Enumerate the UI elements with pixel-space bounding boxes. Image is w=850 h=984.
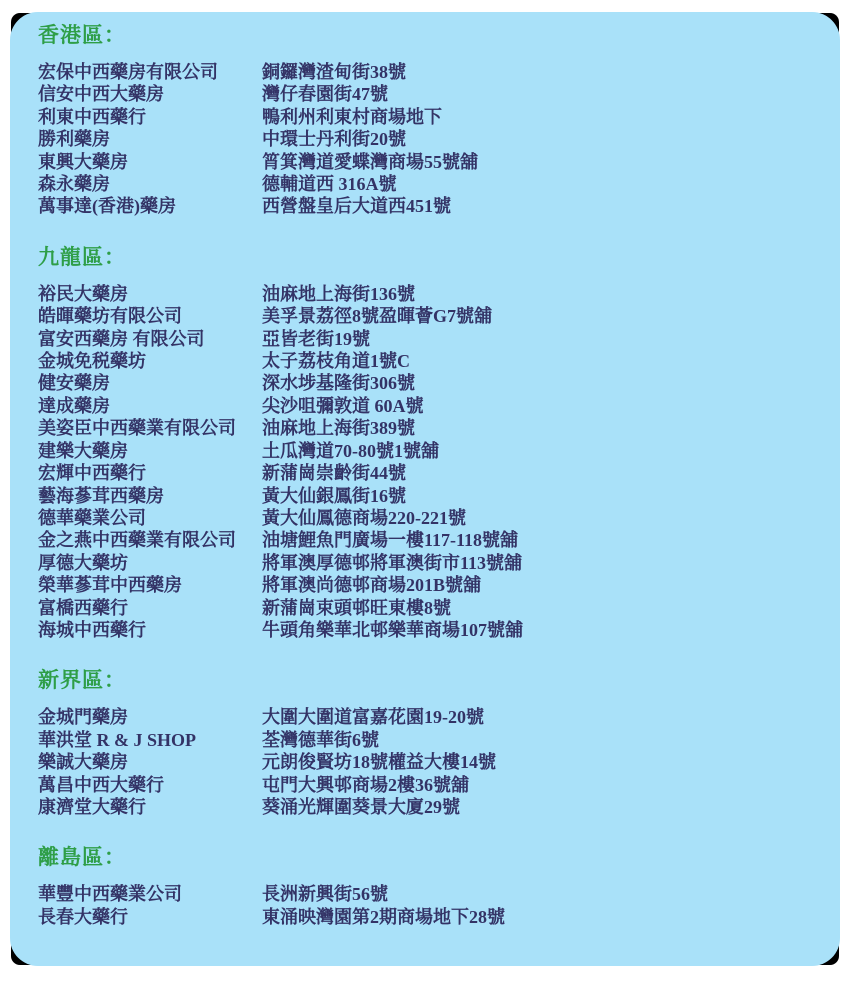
pharmacy-name: 裕民大藥房 (38, 283, 262, 305)
pharmacy-name: 藝海蔘茸西藥房 (38, 485, 262, 507)
pharmacy-address: 土瓜灣道70-80號1號舖 (262, 440, 820, 462)
pharmacy-address: 荃灣德華街6號 (262, 729, 820, 751)
pharmacy-name: 康濟堂大藥行 (38, 796, 262, 818)
pharmacy-address: 葵涌光輝圍葵景大廈29號 (262, 796, 820, 818)
pharmacy-row: 富安西藥房 有限公司 亞皆老街19號 (38, 328, 820, 350)
pharmacy-address: 屯門大興邨商場2樓36號舖 (262, 774, 820, 796)
pharmacy-address: 西營盤皇后大道西451號 (262, 195, 820, 217)
pharmacy-row: 康濟堂大藥行 葵涌光輝圍葵景大廈29號 (38, 796, 820, 818)
pharmacy-address: 鴨利州利東村商場地下 (262, 106, 820, 128)
pharmacy-name: 利東中西藥行 (38, 106, 262, 128)
region-section-hong-kong: 香港區： 宏保中西藥房有限公司 銅鑼灣渣甸街38號 信安中西大藥房 灣仔春園街4… (38, 22, 820, 218)
pharmacy-address: 銅鑼灣渣甸街38號 (262, 61, 820, 83)
pharmacy-row: 信安中西大藥房 灣仔春園街47號 (38, 83, 820, 105)
pharmacy-row: 達成藥房 尖沙咀彌敦道 60A號 (38, 395, 820, 417)
pharmacy-row: 宏輝中西藥行 新蒲崗崇齡街44號 (38, 462, 820, 484)
pharmacy-address: 新蒲崗崇齡街44號 (262, 462, 820, 484)
pharmacy-row: 勝利藥房 中環士丹利街20號 (38, 128, 820, 150)
pharmacy-row: 萬昌中西大藥行 屯門大興邨商場2樓36號舖 (38, 774, 820, 796)
pharmacy-row: 金城門藥房 大圍大圍道富嘉花園19-20號 (38, 706, 820, 728)
pharmacy-address: 灣仔春園街47號 (262, 83, 820, 105)
pharmacy-row: 富橋西藥行 新蒲崗束頭邨旺東樓8號 (38, 597, 820, 619)
pharmacy-name: 金城門藥房 (38, 706, 262, 728)
pharmacy-name: 宏輝中西藥行 (38, 462, 262, 484)
pharmacy-address: 油麻地上海街389號 (262, 417, 820, 439)
pharmacy-name: 富安西藥房 有限公司 (38, 328, 262, 350)
pharmacy-name: 厚德大藥坊 (38, 552, 262, 574)
pharmacy-row: 華洪堂 R & J SHOP 荃灣德華街6號 (38, 729, 820, 751)
pharmacy-name: 信安中西大藥房 (38, 83, 262, 105)
pharmacy-address: 大圍大圍道富嘉花園19-20號 (262, 706, 820, 728)
pharmacy-list-panel: 香港區： 宏保中西藥房有限公司 銅鑼灣渣甸街38號 信安中西大藥房 灣仔春園街4… (10, 12, 840, 966)
pharmacy-address: 亞皆老街19號 (262, 328, 820, 350)
region-section-new-territories: 新界區： 金城門藥房 大圍大圍道富嘉花園19-20號 華洪堂 R & J SHO… (38, 667, 820, 818)
pharmacy-address: 牛頭角樂華北邨樂華商場107號舖 (262, 619, 820, 641)
pharmacy-name: 德華藥業公司 (38, 507, 262, 529)
pharmacy-name: 長春大藥行 (38, 906, 262, 928)
region-heading-new-territories: 新界區： (38, 667, 820, 693)
pharmacy-row: 裕民大藥房 油麻地上海街136號 (38, 283, 820, 305)
pharmacy-address: 將軍澳尚德邨商場201B號舖 (262, 574, 820, 596)
pharmacy-row: 東興大藥房 筲箕灣道愛蝶灣商場55號舖 (38, 151, 820, 173)
pharmacy-name: 達成藥房 (38, 395, 262, 417)
pharmacy-name: 建樂大藥房 (38, 440, 262, 462)
pharmacy-name: 海城中西藥行 (38, 619, 262, 641)
pharmacy-address: 中環士丹利街20號 (262, 128, 820, 150)
pharmacy-name: 富橋西藥行 (38, 597, 262, 619)
pharmacy-row: 長春大藥行 東涌映灣園第2期商場地下28號 (38, 906, 820, 928)
pharmacy-name: 樂誠大藥房 (38, 751, 262, 773)
pharmacy-address: 太子荔枝角道1號C (262, 350, 820, 372)
pharmacy-name: 皓暉藥坊有限公司 (38, 305, 262, 327)
pharmacy-address: 德輔道西 316A號 (262, 173, 820, 195)
pharmacy-row: 健安藥房 深水埗基隆街306號 (38, 372, 820, 394)
pharmacy-row: 厚德大藥坊 將軍澳厚德邨將軍澳街市113號舖 (38, 552, 820, 574)
pharmacy-name: 金城免税藥坊 (38, 350, 262, 372)
pharmacy-address: 油麻地上海街136號 (262, 283, 820, 305)
pharmacy-name: 金之燕中西藥業有限公司 (38, 529, 262, 551)
pharmacy-row: 榮華蔘茸中西藥房 將軍澳尚德邨商場201B號舖 (38, 574, 820, 596)
pharmacy-address: 將軍澳厚德邨將軍澳街市113號舖 (262, 552, 820, 574)
pharmacy-row: 海城中西藥行 牛頭角樂華北邨樂華商場107號舖 (38, 619, 820, 641)
pharmacy-address: 油塘鯉魚門廣場一樓117-118號舖 (262, 529, 820, 551)
pharmacy-name: 宏保中西藥房有限公司 (38, 61, 262, 83)
pharmacy-row: 萬事達(香港)藥房 西營盤皇后大道西451號 (38, 195, 820, 217)
region-heading-outlying-islands: 離島區： (38, 844, 820, 870)
region-section-kowloon: 九龍區： 裕民大藥房 油麻地上海街136號 皓暉藥坊有限公司 美孚景荔徑8號盈暉… (38, 244, 820, 642)
pharmacy-name: 萬昌中西大藥行 (38, 774, 262, 796)
pharmacy-address: 元朗俊賢坊18號權益大樓14號 (262, 751, 820, 773)
pharmacy-row: 華豐中西藥業公司 長洲新興街56號 (38, 883, 820, 905)
pharmacy-address: 深水埗基隆街306號 (262, 372, 820, 394)
pharmacy-row: 藝海蔘茸西藥房 黃大仙銀鳳街16號 (38, 485, 820, 507)
pharmacy-row: 宏保中西藥房有限公司 銅鑼灣渣甸街38號 (38, 61, 820, 83)
pharmacy-address: 長洲新興街56號 (262, 883, 820, 905)
pharmacy-name: 健安藥房 (38, 372, 262, 394)
pharmacy-name: 華豐中西藥業公司 (38, 883, 262, 905)
pharmacy-name: 美姿臣中西藥業有限公司 (38, 417, 262, 439)
region-heading-kowloon: 九龍區： (38, 244, 820, 270)
pharmacy-address: 新蒲崗束頭邨旺東樓8號 (262, 597, 820, 619)
pharmacy-address: 尖沙咀彌敦道 60A號 (262, 395, 820, 417)
pharmacy-row: 金之燕中西藥業有限公司 油塘鯉魚門廣場一樓117-118號舖 (38, 529, 820, 551)
pharmacy-name: 萬事達(香港)藥房 (38, 195, 262, 217)
pharmacy-address: 美孚景荔徑8號盈暉薈G7號舖 (262, 305, 820, 327)
pharmacy-row: 金城免税藥坊 太子荔枝角道1號C (38, 350, 820, 372)
region-section-outlying-islands: 離島區： 華豐中西藥業公司 長洲新興街56號 長春大藥行 東涌映灣園第2期商場地… (38, 844, 820, 928)
pharmacy-name: 東興大藥房 (38, 151, 262, 173)
pharmacy-address: 筲箕灣道愛蝶灣商場55號舖 (262, 151, 820, 173)
pharmacy-row: 建樂大藥房 土瓜灣道70-80號1號舖 (38, 440, 820, 462)
region-heading-hong-kong: 香港區： (38, 22, 820, 48)
pharmacy-row: 森永藥房 德輔道西 316A號 (38, 173, 820, 195)
pharmacy-name: 森永藥房 (38, 173, 262, 195)
pharmacy-list-panel-wrap: 香港區： 宏保中西藥房有限公司 銅鑼灣渣甸街38號 信安中西大藥房 灣仔春園街4… (10, 12, 840, 966)
pharmacy-row: 德華藥業公司 黃大仙鳳德商場220-221號 (38, 507, 820, 529)
pharmacy-name: 華洪堂 R & J SHOP (38, 729, 262, 751)
pharmacy-row: 利東中西藥行 鴨利州利東村商場地下 (38, 106, 820, 128)
pharmacy-name: 榮華蔘茸中西藥房 (38, 574, 262, 596)
pharmacy-address: 黃大仙銀鳳街16號 (262, 485, 820, 507)
pharmacy-row: 美姿臣中西藥業有限公司 油麻地上海街389號 (38, 417, 820, 439)
pharmacy-address: 黃大仙鳳德商場220-221號 (262, 507, 820, 529)
pharmacy-name: 勝利藥房 (38, 128, 262, 150)
pharmacy-row: 皓暉藥坊有限公司 美孚景荔徑8號盈暉薈G7號舖 (38, 305, 820, 327)
pharmacy-row: 樂誠大藥房 元朗俊賢坊18號權益大樓14號 (38, 751, 820, 773)
pharmacy-address: 東涌映灣園第2期商場地下28號 (262, 906, 820, 928)
